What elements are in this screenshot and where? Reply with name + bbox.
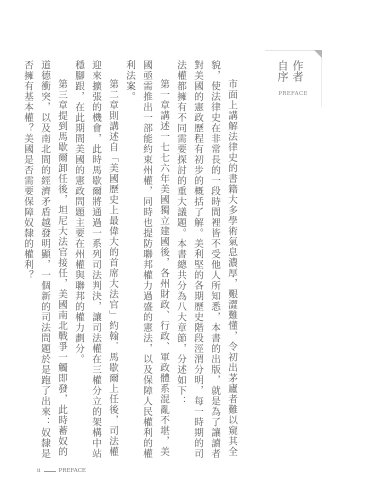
footer-divider [44,471,56,472]
page-number: ii [37,468,41,474]
paragraph-chapter-1: 第一章講述一七七六年美國獨立建國後，各州財政、行政、軍政體系混亂不堪，美國亟需推… [121,60,172,464]
title-column-author: 作者 [292,60,303,82]
preface-subtitle-english: PREFACE [265,91,321,97]
preface-title: 作者 自序 [277,60,303,82]
folded-corner-decoration [314,50,322,58]
preface-title-block: 作者 自序 PREFACE [265,50,322,107]
title-column-preface: 自序 [277,60,288,82]
paragraph-chapter-2: 第二章則講述自「美國歷史上最偉大的首席大法官」約翰．馬歇爾上任後，司法權迎來擴張… [70,60,121,464]
paragraph-intro: 市面上講解法律史的書籍大多學術氣息濃厚，艱澀難懂，令初出茅廬者難以窺其全貌，使法… [172,60,240,464]
page-footer: ii PREFACE [37,468,86,474]
preface-body-text: 市面上講解法律史的書籍大多學術氣息濃厚，艱澀難懂，令初出茅廬者難以窺其全貌，使法… [19,60,240,464]
footer-section-label: PREFACE [59,468,86,474]
paragraph-chapter-3: 第三章提到馬歇爾卸任後，坦尼大法官接任，美國南北戰爭一觸即發，此時蓄奴的道德衝突… [19,60,70,464]
